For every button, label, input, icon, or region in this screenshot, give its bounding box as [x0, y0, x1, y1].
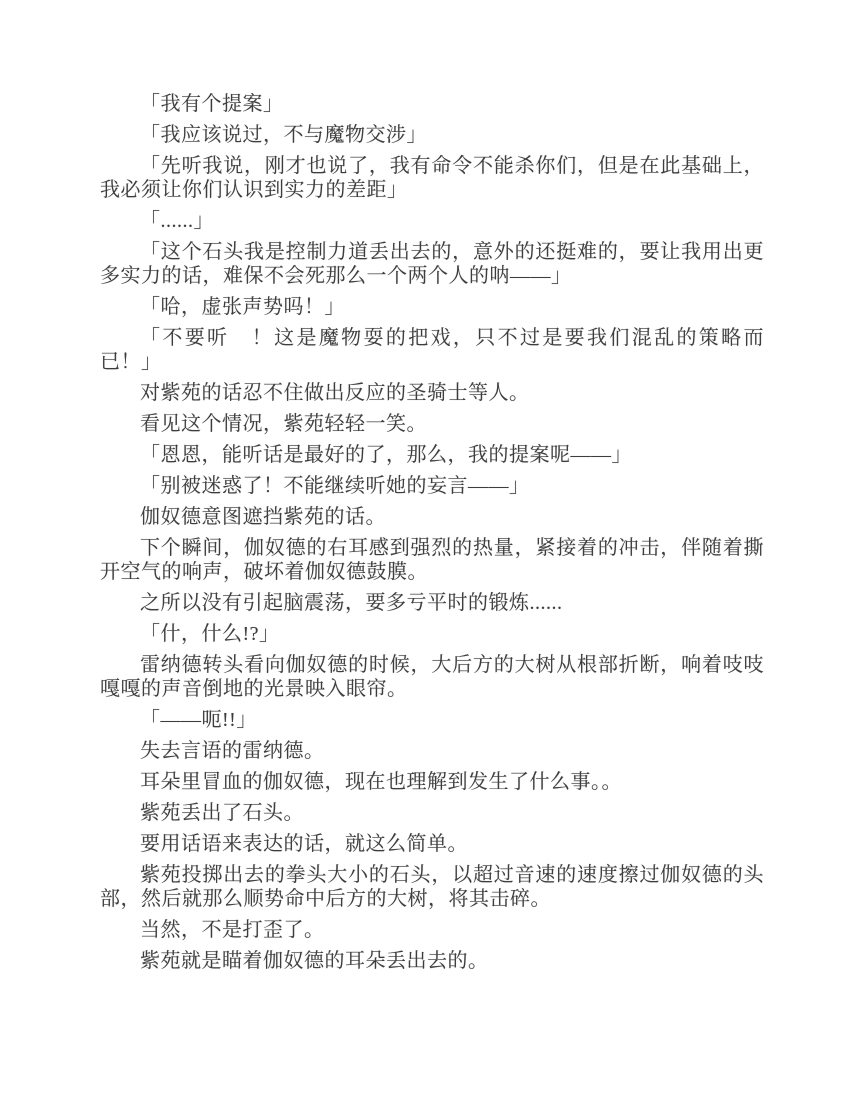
narration-paragraph: 雷纳德转头看向伽奴德的时候，大后方的大树从根部折断，响着吱吱嘎嘎的声音倒地的光景…	[100, 653, 764, 701]
text-block: 「我有个提案」 「我应该说过，不与魔物交涉」 「先听我说，刚才也说了，我有命令不…	[100, 92, 764, 980]
dialogue-paragraph: 「什，什么!?」	[100, 622, 764, 646]
narration-paragraph: 之所以没有引起脑震荡，要多亏平时的锻炼......	[100, 591, 764, 615]
narration-paragraph: 要用话语来表达的话，就这么简单。	[100, 832, 764, 856]
dialogue-paragraph: 「别被迷惑了！不能继续听她的妄言——」	[100, 474, 764, 498]
dialogue-paragraph: 「我有个提案」	[100, 92, 764, 116]
narration-paragraph: 失去言语的雷纳德。	[100, 739, 764, 763]
dialogue-paragraph: 「我应该说过，不与魔物交涉」	[100, 123, 764, 147]
dialogue-paragraph: 「不要听 ！这是魔物耍的把戏，只不过是要我们混乱的策略而已！」	[100, 326, 764, 374]
narration-paragraph: 耳朵里冒血的伽奴德，现在也理解到发生了什么事。。	[100, 770, 764, 794]
narration-paragraph: 当然，不是打歪了。	[100, 918, 764, 942]
novel-page: 「我有个提案」 「我应该说过，不与魔物交涉」 「先听我说，刚才也说了，我有命令不…	[0, 0, 850, 1100]
dialogue-paragraph: 「——呃!!」	[100, 708, 764, 732]
dialogue-paragraph: 「哈，虚张声势吗！」	[100, 295, 764, 319]
dialogue-paragraph: 「先听我说，刚才也说了，我有命令不能杀你们，但是在此基础上，我必须让你们认识到实…	[100, 154, 764, 202]
narration-paragraph: 紫苑丢出了石头。	[100, 801, 764, 825]
dialogue-paragraph: 「......」	[100, 209, 764, 233]
narration-paragraph: 紫苑投掷出去的拳头大小的石头，以超过音速的速度擦过伽奴德的头部，然后就那么顺势命…	[100, 863, 764, 911]
narration-paragraph: 下个瞬间，伽奴德的右耳感到强烈的热量，紧接着的冲击，伴随着撕开空气的响声，破坏着…	[100, 536, 764, 584]
dialogue-paragraph: 「这个石头我是控制力道丢出去的，意外的还挺难的，要让我用出更多实力的话，难保不会…	[100, 240, 764, 288]
narration-paragraph: 对紫苑的话忍不住做出反应的圣骑士等人。	[100, 381, 764, 405]
narration-paragraph: 紫苑就是瞄着伽奴德的耳朵丢出去的。	[100, 949, 764, 973]
narration-paragraph: 看见这个情况，紫苑轻轻一笑。	[100, 412, 764, 436]
dialogue-paragraph: 「恩恩，能听话是最好的了，那么，我的提案呢——」	[100, 443, 764, 467]
narration-paragraph: 伽奴德意图遮挡紫苑的话。	[100, 505, 764, 529]
